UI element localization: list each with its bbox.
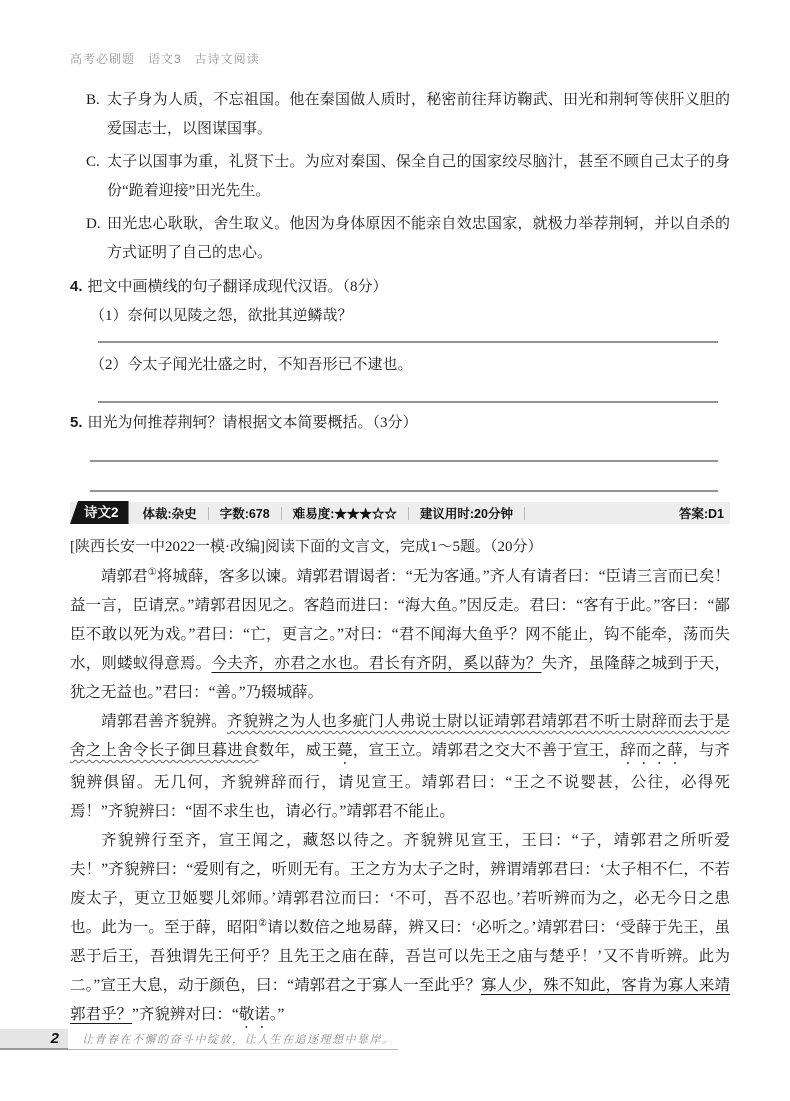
meta-separator xyxy=(281,507,282,520)
sub-question-2-label: （2） xyxy=(90,357,128,373)
option-text: 太子以国事为重，礼贤下士。为应对秦国、保全自己的国家绞尽脑汁，甚至不顾自己太子的… xyxy=(107,154,730,199)
passage-segment: 。” xyxy=(270,1006,285,1023)
answer-line xyxy=(98,401,718,403)
option-label: D. xyxy=(86,210,101,239)
q5-answer-lines xyxy=(70,460,730,492)
question-4: 4.把文中画横线的句子翻译成现代汉语。（8分） xyxy=(70,272,730,302)
section-badge: 诗文2 xyxy=(70,501,129,524)
passage-paragraph: 齐貌辨行至齐，宣王闻之，藏怒以待之。齐貌辨见宣王，王曰：“子，靖郭君之所听爱夫！… xyxy=(70,826,730,1032)
footnote-marker: ① xyxy=(148,567,157,578)
sub-question-1-label: （1） xyxy=(90,308,128,324)
answer-ref: 答案:D1 xyxy=(679,504,730,522)
running-head: 高考必刷题 语文3 古诗文阅读 xyxy=(70,50,260,67)
question-4-number: 4. xyxy=(70,278,83,295)
option-item: D.田光忠心耿耿，舍生取义。他因为身体原因不能亲自效忠国家，就极力举荐荆轲，并以… xyxy=(70,210,730,268)
footer-quote: 让青春在不懈的奋斗中绽放，让人生在追逐理想中靠岸。 xyxy=(82,1031,395,1047)
sub-question-1: （1）奈何以见陵之怨，欲批其逆鳞哉？ xyxy=(70,302,730,331)
question-4-text: 把文中画横线的句子翻译成现代汉语。（8分） xyxy=(88,279,388,295)
passage-segment: 今夫齐，亦君之水也。君长有齐阴，奚以薛为？ xyxy=(211,655,541,672)
passage-paragraph: 靖郭君善齐貌辨。齐貌辨之为人也多疵门人弗说士尉以证靖郭君靖郭君不听士尉辞而去于是… xyxy=(70,707,730,826)
workbook-page: 高考必刷题 语文3 古诗文阅读 B.太子身为人质，不忘祖国。他在秦国做人质时，秘… xyxy=(0,0,790,1101)
source-line: [陕西长安一中2022一模·改编]阅读下面的文言文，完成1～5题。（20分） xyxy=(70,532,730,562)
meta-separator xyxy=(208,507,209,520)
passage-segment: 薨 xyxy=(337,742,353,759)
option-text: 田光忠心耿耿，舍生取义。他因为身体原因不能亲自效忠国家，就极力举荐荆轲，并以自杀… xyxy=(107,216,730,261)
passage-segment: 辞而之薛 xyxy=(620,742,683,759)
sub-question-2: （2）今太子闻光壮盛之时，不知吾形已不逮也。 xyxy=(70,351,730,380)
options-list: B.太子身为人质，不忘祖国。他在秦国做人质时，秘密前往拜访鞠武、田光和荆轲等侠肝… xyxy=(70,86,730,268)
question-5-text: 田光为何推荐荆轲？请根据文本简要概括。（3分） xyxy=(88,415,418,431)
option-item: B.太子身为人质，不忘祖国。他在秦国做人质时，秘密前往拜访鞠武、田光和荆轲等侠肝… xyxy=(70,86,730,144)
section-meta: 体裁:杂史字数:678难易度:★★★☆☆建议用时:20分钟 xyxy=(143,504,536,522)
meta-separator xyxy=(408,507,409,520)
meta-item: 字数:678 xyxy=(220,504,270,522)
page-footer: 2 让青春在不懈的奋斗中绽放，让人生在追逐理想中靠岸。 xyxy=(0,1029,398,1050)
answer-line xyxy=(90,460,718,462)
passage-segment: 敬诺 xyxy=(239,1006,270,1023)
passage-segment: 靖郭君善齐貌辨。 xyxy=(101,713,227,730)
passage-segment: ，宣王立。靖郭君之交大不善于宣王， xyxy=(353,742,620,759)
passage-paragraph: 靖郭君①将城薛，客多以谏。靖郭君谓谒者：“无为客通。”齐人有请者曰：“臣请三言而… xyxy=(70,562,730,707)
section-bar: 诗文2 体裁:杂史字数:678难易度:★★★☆☆建议用时:20分钟 答案:D1 xyxy=(70,502,730,524)
option-text: 太子身为人质，不忘祖国。他在秦国做人质时，秘密前往拜访鞠武、田光和荆轲等侠肝义胆… xyxy=(107,92,730,137)
meta-item: 建议用时:20分钟 xyxy=(420,504,513,522)
passage-segment: 数年，威王 xyxy=(259,742,338,759)
meta-item: 体裁:杂史 xyxy=(143,504,197,522)
content-area: B.太子身为人质，不忘祖国。他在秦国做人质时，秘密前往拜访鞠武、田光和荆轲等侠肝… xyxy=(70,86,730,1032)
option-item: C.太子以国事为重，礼贤下士。为应对秦国、保全自己的国家绞尽脑汁，甚至不顾自己太… xyxy=(70,148,730,206)
option-label: C. xyxy=(86,148,100,177)
option-label: B. xyxy=(86,86,100,115)
answer-line xyxy=(90,490,718,492)
question-5-number: 5. xyxy=(70,414,83,431)
meta-item: 难易度:★★★☆☆ xyxy=(293,504,397,522)
answer-line xyxy=(98,341,718,343)
sub-question-1-text: 奈何以见陵之怨，欲批其逆鳞哉？ xyxy=(128,308,353,324)
passage-segment: ”齐貌辨对曰：“ xyxy=(132,1006,239,1023)
sub-question-2-text: 今太子闻光壮盛之时，不知吾形已不逮也。 xyxy=(128,357,413,373)
passage-segment: 靖郭君 xyxy=(101,568,148,585)
question-5: 5.田光为何推荐荆轲？请根据文本简要概括。（3分） xyxy=(70,408,730,438)
page-number-bar: 2 xyxy=(0,1029,68,1050)
footnote-marker: ② xyxy=(258,918,267,929)
passage: 靖郭君①将城薛，客多以谏。靖郭君谓谒者：“无为客通。”齐人有请者曰：“臣请三言而… xyxy=(70,562,730,1032)
meta-separator xyxy=(524,507,525,520)
page-number: 2 xyxy=(51,1030,59,1047)
